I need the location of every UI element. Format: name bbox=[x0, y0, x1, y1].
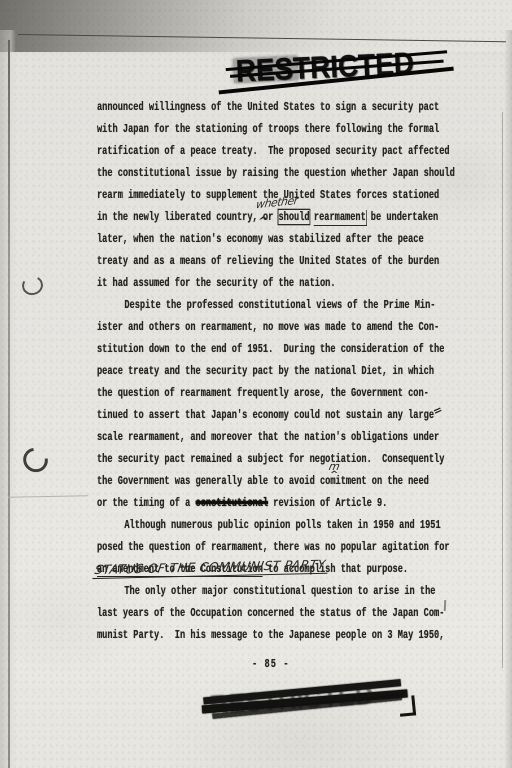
scan-shadow-right bbox=[504, 30, 512, 768]
punch-hole-mark-lower bbox=[18, 443, 52, 477]
classification-stamp-bottom: RESTRICTED bbox=[201, 674, 418, 737]
p1-line6-suffix: be undertaken bbox=[371, 210, 438, 224]
p2-line10-suffix: revision of Article 9. bbox=[268, 496, 387, 510]
scan-shadow-top bbox=[0, 0, 512, 52]
page-number: - 85 - bbox=[252, 657, 290, 671]
p2-line3: stitution down to the end of 1951. Durin… bbox=[97, 338, 451, 360]
p1-line6-prefix: in the newly liberated country, or bbox=[97, 210, 278, 224]
page-edge-right bbox=[502, 112, 503, 668]
p1-line2: with Japan for the stationing of troops … bbox=[97, 118, 451, 140]
p3-line1: Although numerous public opinion polls t… bbox=[124, 514, 451, 536]
insertion-caret: ^ bbox=[258, 216, 269, 228]
p2-line8: the security pact remained a subject for… bbox=[97, 448, 451, 470]
p1-line1: announced willingness of the United Stat… bbox=[97, 96, 451, 118]
p1-line8: treaty and as a means of relieving the U… bbox=[97, 250, 451, 272]
stamp-letter-fragment bbox=[398, 695, 416, 716]
p1-line7: later, when the nation's economy was sta… bbox=[97, 228, 451, 250]
p1-line4: the constitutional issue by raising the … bbox=[97, 162, 451, 184]
p2-line2: ister and others on rearmament, no move … bbox=[97, 316, 451, 338]
p2-line10-prefix: or the timing of a bbox=[97, 496, 196, 510]
p4-line3: munist Party. In his message to the Japa… bbox=[97, 624, 451, 646]
p2-line7: scale rearmament, and moreover that the … bbox=[97, 426, 451, 448]
edit-boxed-word-should: should bbox=[278, 210, 309, 224]
p2-line9: the Government was generally able to avo… bbox=[97, 470, 451, 492]
edit-marked-word-rearmament: rearmament bbox=[314, 210, 367, 226]
p1-line9: it had assumed for the security of the n… bbox=[97, 272, 451, 294]
struck-word-constitutional: constitutional bbox=[196, 496, 269, 510]
p4-line2: last years of the Occupation concerned t… bbox=[97, 602, 451, 624]
page-edge-left bbox=[8, 40, 10, 768]
p3-line2: posed the question of rearmament, there … bbox=[97, 536, 451, 558]
p1-line3: ratification of a peace treaty. The prop… bbox=[97, 140, 451, 162]
punch-hole-mark-upper bbox=[20, 274, 45, 298]
p2-line4: peace treaty and the security pact by th… bbox=[97, 360, 451, 382]
p2-line1: Despite the professed constitutional vie… bbox=[124, 294, 451, 316]
p2-line6: tinued to assert that Japan's economy co… bbox=[97, 404, 451, 426]
p4-line1: The only other major constitutional ques… bbox=[124, 580, 451, 602]
faint-margin-dash bbox=[8, 495, 88, 497]
classification-stamp-top: RESTRICTED bbox=[235, 45, 441, 98]
insertion-caret-small: ^ bbox=[330, 470, 338, 479]
p2-line5: the question of rearmament frequently ar… bbox=[97, 382, 451, 404]
p2-line10: or the timing of a constitutional revisi… bbox=[97, 492, 451, 514]
scanned-document-page: { "stamps": { "top": "RESTRICTED", "bott… bbox=[0, 0, 512, 768]
